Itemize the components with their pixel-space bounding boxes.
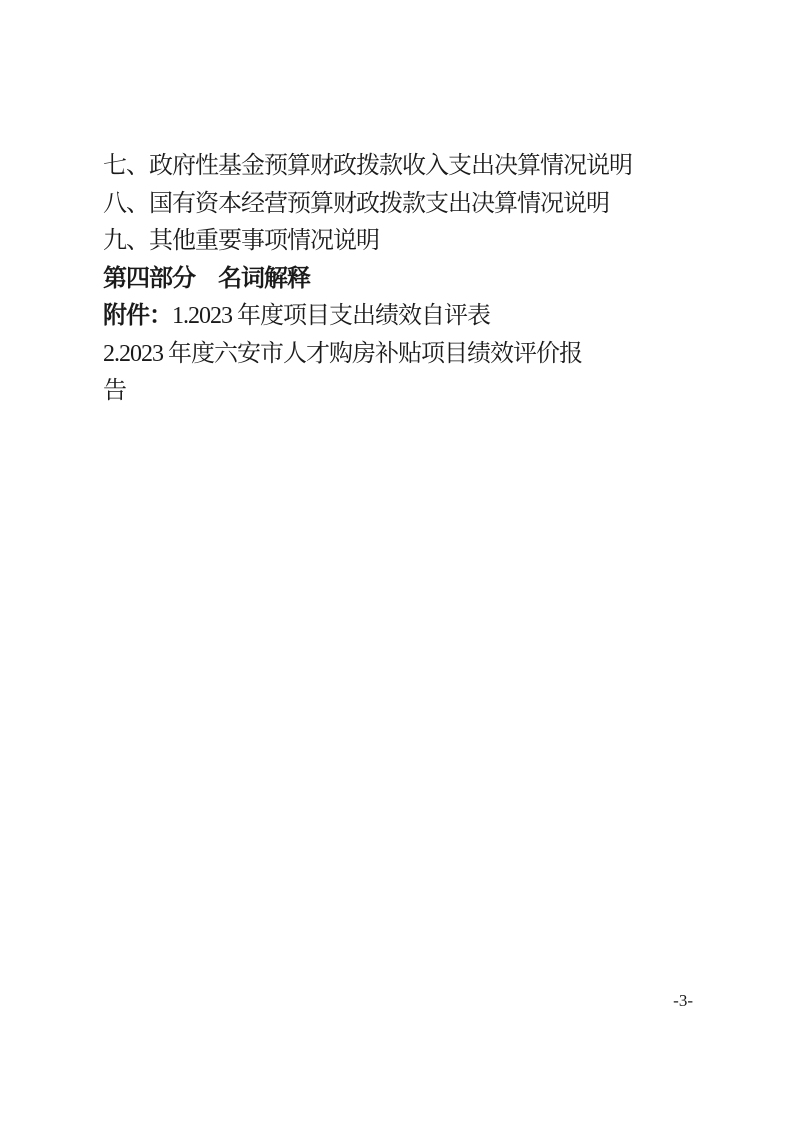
toc-item-8: 八、国有资本经营预算财政拨款支出决算情况说明 xyxy=(103,186,703,224)
page-number: -3- xyxy=(673,991,693,1011)
attachment-1-text: 1.2023 年度项目支出绩效自评表 xyxy=(172,303,490,329)
section-heading: 第四部分 名词解释 xyxy=(103,261,703,299)
attachment-2-text-line-2: 告 xyxy=(103,373,703,411)
document-page: 七、政府性基金预算财政拨款收入支出决算情况说明 八、国有资本经营预算财政拨款支出… xyxy=(0,0,793,1122)
document-body: 七、政府性基金预算财政拨款收入支出决算情况说明 八、国有资本经营预算财政拨款支出… xyxy=(103,148,703,411)
attachment-label: 附件： xyxy=(103,303,172,329)
toc-item-7: 七、政府性基金预算财政拨款收入支出决算情况说明 xyxy=(103,148,703,186)
attachment-2-text-line-1: 2.2023 年度六安市人才购房补贴项目绩效评价报 xyxy=(103,336,703,374)
attachment-line-1: 附件：1.2023 年度项目支出绩效自评表 xyxy=(103,298,703,336)
toc-item-9: 九、其他重要事项情况说明 xyxy=(103,223,703,261)
